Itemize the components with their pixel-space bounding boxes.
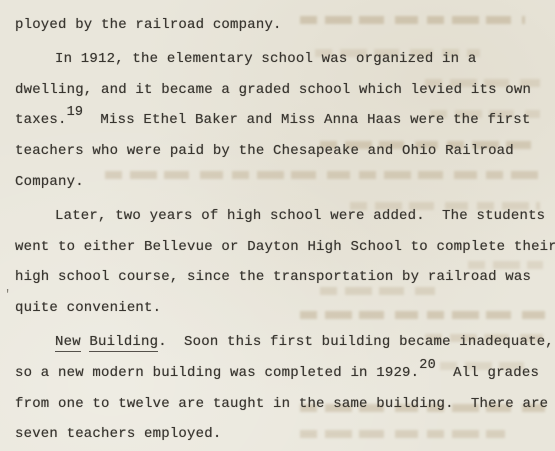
text-segment: from one to twelve are taught in the sam… [15, 396, 548, 412]
text-segment: seven teachers employed. [15, 426, 221, 442]
text-segment: Miss Ethel Baker and Miss Anna Haas were… [83, 112, 530, 128]
text-segment: high school course, since the transporta… [15, 269, 531, 285]
text-segment: dwelling, and it became a graded school … [15, 82, 531, 98]
text-line: dwelling, and it became a graded school … [15, 75, 550, 106]
text-segment: . Soon this first building became inadeq… [158, 334, 554, 350]
text-line: ployed by the railroad company. [15, 10, 550, 41]
text-line: Company. [15, 167, 550, 198]
text-segment: ployed by the railroad company. [15, 17, 282, 33]
stray-mark: ' [4, 288, 11, 302]
text-segment: Later, two years of high school were add… [55, 208, 545, 224]
text-line: so a new modern building was completed i… [15, 358, 550, 389]
text-segment: Company. [15, 174, 84, 190]
text-line: New Building. Soon this first building b… [15, 327, 550, 358]
footnote-marker: 19 [67, 98, 84, 129]
text-segment: New [55, 334, 81, 352]
text-segment: so a new modern building was completed i… [15, 365, 419, 381]
page-text: ployed by the railroad company.In 1912, … [15, 10, 550, 450]
text-segment: All grades [436, 365, 539, 381]
text-segment: went to either Bellevue or Dayton High S… [15, 239, 555, 255]
text-line: seven teachers employed. [15, 419, 550, 450]
text-line: In 1912, the elementary school was organ… [15, 44, 550, 75]
text-segment: taxes. [15, 112, 67, 128]
text-line: Later, two years of high school were add… [15, 201, 550, 232]
text-segment: quite convenient. [15, 300, 161, 316]
text-segment: teachers who were paid by the Chesapeake… [15, 143, 514, 159]
text-line: taxes.19 Miss Ethel Baker and Miss Anna … [15, 105, 550, 136]
text-line: from one to twelve are taught in the sam… [15, 389, 550, 420]
text-line: quite convenient. [15, 293, 550, 324]
text-line: went to either Bellevue or Dayton High S… [15, 232, 550, 263]
text-line: high school course, since the transporta… [15, 262, 550, 293]
footnote-marker: 20 [419, 351, 436, 382]
text-segment: In 1912, the elementary school was organ… [55, 51, 476, 67]
text-segment: Building [89, 334, 158, 352]
scanned-page: ' ployed by the railroad company.In 1912… [0, 0, 555, 451]
text-line: teachers who were paid by the Chesapeake… [15, 136, 550, 167]
